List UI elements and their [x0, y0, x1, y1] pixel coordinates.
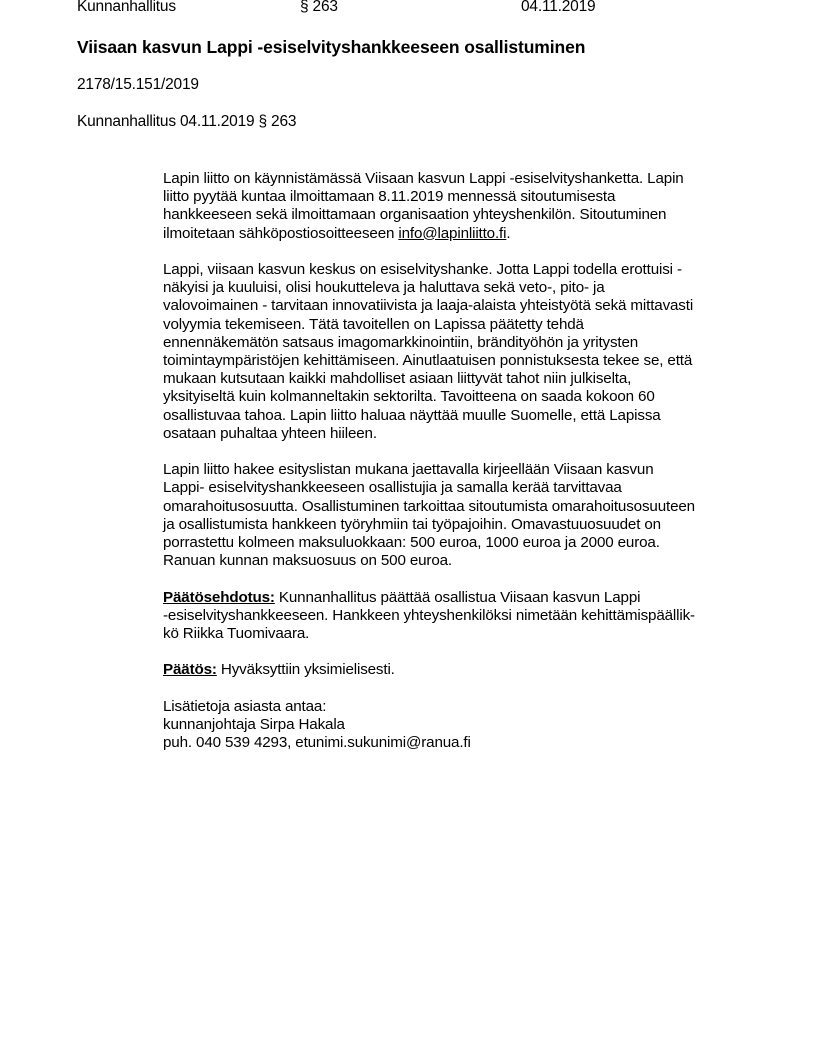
- meeting-reference: Kunnanhallitus 04.11.2019 § 263: [77, 113, 296, 131]
- contact-person: kunnanjohtaja Sirpa Hakala: [163, 716, 743, 734]
- paragraph-intro: Lapin liitto on käynnistämässä Viisaan k…: [163, 170, 743, 243]
- contact-info: Lisätietoja asiasta antaa: kunnanjohtaja…: [163, 698, 743, 753]
- document-title: Viisaan kasvun Lappi -esiselvityshankkee…: [77, 37, 585, 58]
- contact-intro: Lisätietoja asiasta antaa:: [163, 698, 743, 716]
- paragraph-funding: Lapin liitto hakee esityslistan mukana j…: [163, 461, 743, 570]
- decision-proposal-label: Päätösehdotus:: [163, 589, 275, 606]
- paragraph-background: Lappi, viisaan kasvun keskus on esiselvi…: [163, 261, 743, 443]
- decision-label: Päätös:: [163, 661, 217, 678]
- document-header: Kunnanhallitus § 263 04.11.2019: [0, 0, 816, 18]
- contact-details: puh. 040 539 4293, etunimi.sukunimi@ranu…: [163, 734, 743, 752]
- header-date: 04.11.2019: [521, 0, 595, 16]
- decision-proposal: Päätösehdotus: Kunnanhallitus päättää os…: [163, 589, 743, 644]
- header-body-name: Kunnanhallitus: [77, 0, 176, 16]
- email-link-lapinliitto[interactable]: info@lapinliitto.fi: [398, 225, 506, 242]
- header-section-number: § 263: [300, 0, 338, 16]
- paragraph-intro-end: .: [506, 225, 510, 242]
- diary-number: 2178/15.151/2019: [77, 76, 199, 94]
- document-body: Lapin liitto on käynnistämässä Viisaan k…: [163, 170, 743, 752]
- decision: Päätös: Hyväksyttiin yksimielisesti.: [163, 661, 743, 679]
- decision-text: Hyväksyttiin yksimielisesti.: [217, 661, 395, 678]
